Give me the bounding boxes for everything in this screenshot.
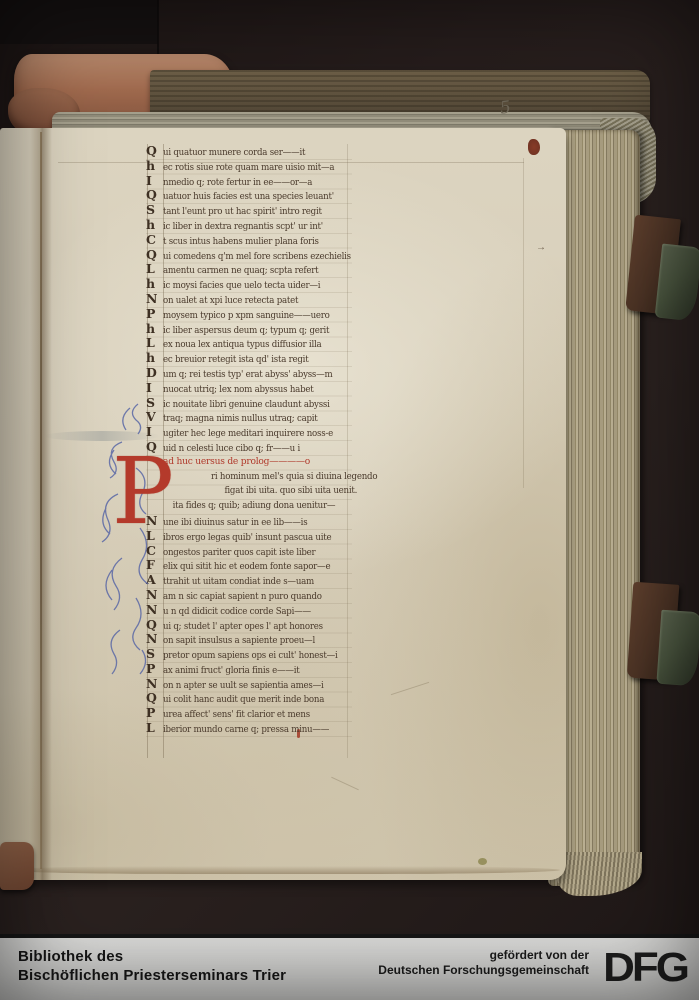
verse-initial: h: [146, 277, 163, 292]
verse-text: uatuor huis facies est una species leuan…: [163, 190, 334, 205]
rubric-text: ad huc uersus de prolog————o: [163, 455, 310, 470]
funding-credit-line1: gefördert von der: [378, 948, 589, 963]
clasp-metal-fitting: [656, 610, 699, 687]
verse-text: ec breuior retegit ista qd' ista regit: [163, 353, 308, 368]
verse-text: ugiter hec lege meditari inquirere noss-…: [163, 427, 333, 442]
verse-initial: P: [146, 307, 163, 322]
parchment-scratch: [391, 682, 429, 695]
manuscript-photo: → 5 P Qui quatuor munere corda ser——ithe…: [0, 0, 699, 1000]
verse-text: ex noua lex antiqua typus diffusior illa: [163, 338, 321, 353]
verse-line: Stant l'eunt pro ut hac spirit' intro re…: [146, 203, 360, 218]
verse-initial: P: [146, 706, 163, 721]
verse-text: ui quatuor munere corda ser——it: [163, 146, 305, 161]
verse-line: Dum q; rei testis typ' erat abyss' abyss…: [146, 366, 360, 381]
verse-line: Sic nouitate libri genuine claudunt abys…: [146, 396, 360, 411]
verse-text: elix qui sitit hic et eodem fonte sapor—…: [163, 560, 330, 575]
verse-line: hic moysi facies que uelo tecta uider—i: [146, 277, 360, 292]
verse-text: ui colit hanc audit que merit inde bona: [163, 693, 324, 708]
book-fore-edge-bottom: [556, 852, 642, 896]
verse-line: Non ualet at xpi luce retecta patet: [146, 292, 360, 307]
verse-text: on n apter se uult se sapientia ames—i: [163, 679, 324, 694]
verse-initial: C: [146, 233, 163, 248]
verse-initial: Q: [146, 691, 163, 706]
verse-initial: N: [146, 677, 163, 692]
page-bottom-edge: [4, 866, 560, 874]
book-clasp-upper: [625, 215, 699, 318]
verse-line: Attrahit ut uitam condiat inde s—uam: [146, 573, 360, 588]
verse-line: Liberior mundo carne q; pressa minu——: [146, 721, 360, 736]
verse-initial: h: [146, 218, 163, 233]
verse-initial: h: [146, 322, 163, 337]
verse-text: um q; rei testis typ' erat abyss' abyss—…: [163, 368, 332, 383]
library-name-line1: Bibliothek des: [18, 947, 286, 966]
verse-initial: S: [146, 203, 163, 218]
background-seam: [157, 0, 159, 58]
verse-text: pretor opum sapiens ops ei cult' honest—…: [163, 649, 338, 664]
verse-text: ic liber aspersus deum q; typum q; gerit: [163, 324, 329, 339]
verse-text: tant l'eunt pro ut hac spirit' intro reg…: [163, 205, 322, 220]
verse-initial: I: [146, 381, 163, 396]
ruling-line-vertical: [523, 158, 524, 488]
olive-stain: [478, 858, 487, 865]
verse-text: ita fides q; quib; adiung dona uenitur—: [163, 499, 335, 514]
verse-line: hic liber in dextra regnantis scpt' ur i…: [146, 218, 360, 233]
verse-initial: Q: [146, 144, 163, 159]
verse-line: Pax animi fruct' gloria finis e——it: [146, 662, 360, 677]
verse-line: Inuocat utriq; lex nom abyssus habet: [146, 381, 360, 396]
verse-text: urea affect' sens' fit clarior et mens: [163, 708, 310, 723]
verse-line: Vtraq; magna nimis nullus utraq; capit: [146, 410, 360, 425]
verse-text: am n sic capiat sapient n puro quando: [163, 590, 322, 605]
verse-line: Pmoysem typico p xpm sanguine——uero: [146, 307, 360, 322]
library-name-line2: Bischöflichen Priesterseminars Trier: [18, 966, 286, 985]
verse-text: ic nouitate libri genuine claudunt abyss…: [163, 398, 330, 413]
red-wax-stain: [528, 139, 540, 155]
verse-line: Nu n qd didicit codice corde Sapi——: [146, 603, 360, 618]
verse-initial: Q: [146, 188, 163, 203]
verse-text: traq; magna nimis nullus utraq; capit: [163, 412, 318, 427]
verse-initial: h: [146, 351, 163, 366]
verse-initial: L: [146, 336, 163, 351]
verse-line: Nam n sic capiat sapient n puro quando: [146, 588, 360, 603]
verse-line: Ct scus intus habens mulier plana foris: [146, 233, 360, 248]
verse-line: hec rotis siue rote quam mare uisio mit—…: [146, 159, 360, 174]
verse-line: hec breuior retegit ista qd' ista regit: [146, 351, 360, 366]
verse-line: Qui comedens q'm mel fore scribens ezech…: [146, 248, 360, 263]
verse-line: Inmedio q; rote fertur in ee——or—a: [146, 174, 360, 189]
verse-text: amentu carmen ne quaq; scpta refert: [163, 264, 318, 279]
verse-text: moysem typico p xpm sanguine——uero: [163, 309, 330, 324]
verse-text: une ibi diuinus satur in ee lib——is: [163, 516, 307, 531]
verse-line: Spretor opum sapiens ops ei cult' honest…: [146, 647, 360, 662]
verse-line: Lamentu carmen ne quaq; scpta refert: [146, 262, 360, 277]
verse-text: iberior mundo carne q; pressa minu——: [163, 723, 329, 738]
verse-text: nmedio q; rote fertur in ee——or—a: [163, 176, 312, 191]
verse-initial: L: [146, 262, 163, 277]
manuscript-text-column: Qui quatuor munere corda ser——ithec roti…: [146, 144, 360, 736]
library-credit: Bibliothek des Bischöflichen Priestersem…: [18, 947, 286, 985]
verse-line: Non n apter se uult se sapientia ames—i: [146, 677, 360, 692]
verse-line: Purea affect' sens' fit clarior et mens: [146, 706, 360, 721]
page-gutter-crease: [40, 132, 42, 869]
verse-initial: Q: [146, 248, 163, 263]
verse-initial: I: [146, 174, 163, 189]
verse-initial: N: [146, 292, 163, 307]
illuminated-initial-letter: P: [112, 442, 182, 572]
verse-text: figat ibi uita. quo sibi uita uenit.: [163, 484, 357, 499]
parchment-scratch: [331, 777, 359, 791]
verse-text: t scus intus habens mulier plana foris: [163, 235, 319, 250]
verse-line: hic liber aspersus deum q; typum q; geri…: [146, 322, 360, 337]
ink-fleck: →: [536, 242, 546, 250]
verse-text: ongestos pariter quos capit iste liber: [163, 546, 315, 561]
book-clasp-lower: [627, 582, 699, 683]
verse-text: ibros ergo legas quib' insunt pascua uit…: [163, 531, 331, 546]
funding-credit-line2: Deutschen Forschungsgemeinschaft: [378, 963, 589, 978]
funding-credit: gefördert von der Deutschen Forschungsge…: [378, 948, 589, 978]
verse-text: ttrahit ut uitam condiat inde s—uam: [163, 575, 314, 590]
verse-text: ax animi fruct' gloria finis e——it: [163, 664, 300, 679]
leather-corner-bottom-left: [0, 842, 34, 890]
verse-initial: h: [146, 159, 163, 174]
verse-text: ui comedens q'm mel fore scribens ezechi…: [163, 250, 351, 265]
verse-text: ri hominum mel's quia si diuina legendo: [163, 470, 377, 485]
verse-text: ic moysi facies que uelo tecta uider—i: [163, 279, 320, 294]
clasp-metal-fitting: [655, 244, 699, 322]
verse-line: Qui q; studet l' apter opes l' apt honor…: [146, 618, 360, 633]
verse-initial: D: [146, 366, 163, 381]
verse-text: u n qd didicit codice corde Sapi——: [163, 605, 311, 620]
verse-line: Lex noua lex antiqua typus diffusior ill…: [146, 336, 360, 351]
digitization-banner: Bibliothek des Bischöflichen Priestersem…: [0, 934, 699, 1000]
verse-text: on sapit insulsus a sapiente proeu—l: [163, 634, 315, 649]
verse-line: Qui colit hanc audit que merit inde bona: [146, 691, 360, 706]
background-corner: [0, 0, 158, 44]
verse-line: Qui quatuor munere corda ser——it: [146, 144, 360, 159]
dfg-logo: DFG: [603, 948, 687, 988]
verse-line: Iugiter hec lege meditari inquirere noss…: [146, 425, 360, 440]
verse-line: Quatuor huis facies est una species leua…: [146, 188, 360, 203]
verse-text: ec rotis siue rote quam mare uisio mit—a: [163, 161, 334, 176]
verse-text: nuocat utriq; lex nom abyssus habet: [163, 383, 313, 398]
verse-line: Non sapit insulsus a sapiente proeu—l: [146, 632, 360, 647]
verse-text: ic liber in dextra regnantis scpt' ur in…: [163, 220, 323, 235]
verse-text: ui q; studet l' apter opes l' apt honore…: [163, 620, 323, 635]
verse-initial: L: [146, 721, 163, 736]
verse-text: on ualet at xpi luce retecta patet: [163, 294, 298, 309]
